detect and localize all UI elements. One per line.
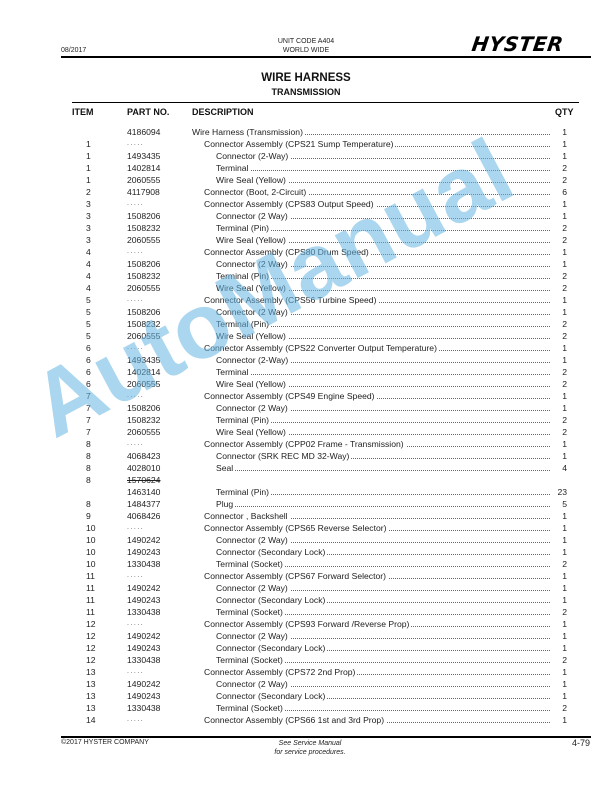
footer-copyright: ©2017 HYSTER COMPANY: [61, 739, 149, 746]
item-number: 11: [86, 594, 100, 606]
table-row: 81570624: [0, 474, 612, 486]
table-row: 3.....Connector Assembly (CPS83 Output S…: [0, 198, 612, 210]
part-number: .....: [127, 522, 197, 534]
description-text: Connector (2 Way): [216, 631, 290, 641]
description-text: Terminal (Socket): [216, 703, 285, 713]
table-row: 71508232Terminal (Pin)2: [0, 414, 612, 426]
item-number: 12: [86, 618, 100, 630]
description-text: Connector Assembly (CPS80 Drum Speed): [204, 247, 371, 257]
table-row: 42060555Wire Seal (Yellow)2: [0, 282, 612, 294]
description: Terminal (Socket): [216, 702, 550, 714]
item-number: 5: [86, 306, 100, 318]
item-number: 14: [86, 714, 100, 726]
description: Connector Assembly (CPS83 Output Speed): [204, 198, 550, 210]
item-number: 11: [86, 570, 100, 582]
part-number: 4068426: [127, 510, 197, 522]
quantity: 1: [545, 546, 567, 558]
quantity: 23: [545, 486, 567, 498]
quantity: 1: [545, 690, 567, 702]
table-row: 111490242Connector (2 Way)1: [0, 582, 612, 594]
quantity: 2: [545, 654, 567, 666]
quantity: 1: [545, 570, 567, 582]
description-text: Terminal (Socket): [216, 607, 285, 617]
quantity: 1: [545, 438, 567, 450]
column-header-description: DESCRIPTION: [192, 107, 254, 117]
part-number: 1508206: [127, 258, 197, 270]
item-number: 6: [86, 354, 100, 366]
table-row: 41508206Connector (2 Way)1: [0, 258, 612, 270]
description: Plug: [216, 498, 550, 510]
column-header-qty: QTY: [555, 107, 574, 117]
part-number: 1508206: [127, 402, 197, 414]
item-number: 13: [86, 702, 100, 714]
description-text: Connector Assembly (CPS49 Engine Speed): [204, 391, 377, 401]
part-number: .....: [127, 294, 197, 306]
page-number: 4-79: [540, 738, 590, 748]
description: Connector Assembly (CPS21 Sump Temperatu…: [204, 138, 550, 150]
table-row: 84068423Connector (SRK REC MD 32-Way)1: [0, 450, 612, 462]
part-number: 1330438: [127, 558, 197, 570]
part-number: 2060555: [127, 234, 197, 246]
description-text: Terminal (Pin): [216, 271, 271, 281]
quantity: 1: [545, 714, 567, 726]
quantity: 2: [545, 414, 567, 426]
part-number: 1330438: [127, 606, 197, 618]
table-row: 13.....Connector Assembly (CPS72 2nd Pro…: [0, 666, 612, 678]
part-number: .....: [127, 390, 197, 402]
item-number: 8: [86, 498, 100, 510]
description: Wire Seal (Yellow): [216, 174, 550, 186]
item-number: 10: [86, 558, 100, 570]
table-row: 11493435Connector (2-Way)1: [0, 150, 612, 162]
description: Connector (2 Way): [216, 210, 550, 222]
quantity: 2: [545, 318, 567, 330]
description-text: Plug: [216, 499, 235, 509]
description: Connector Assembly (CPS66 1st and 3rd Pr…: [204, 714, 550, 726]
description-text: Wire Seal (Yellow): [216, 175, 288, 185]
quantity: 1: [545, 642, 567, 654]
item-number: 10: [86, 522, 100, 534]
item-number: 5: [86, 318, 100, 330]
part-number: 1463140: [127, 486, 197, 498]
description: Connector (Secondary Lock): [216, 690, 550, 702]
description-text: Connector (Secondary Lock): [216, 595, 327, 605]
description-text: Connector (Secondary Lock): [216, 643, 327, 653]
description: Connector Assembly (CPS80 Drum Speed): [204, 246, 550, 258]
table-row: 12060555Wire Seal (Yellow)2: [0, 174, 612, 186]
part-number: 1402814: [127, 366, 197, 378]
description: Connector (Boot, 2-Circuit): [204, 186, 550, 198]
description: Wire Seal (Yellow): [216, 426, 550, 438]
table-row: 52060555Wire Seal (Yellow)2: [0, 330, 612, 342]
description-text: Connector Assembly (CPS93 Forward /Rever…: [204, 619, 411, 629]
part-number: 1570624: [127, 474, 197, 486]
description: Connector (2 Way): [216, 306, 550, 318]
description-text: Connector (2 Way): [216, 211, 290, 221]
table-row: 101490242Connector (2 Way)1: [0, 534, 612, 546]
quantity: 2: [545, 558, 567, 570]
description: Connector , Backshell: [204, 510, 550, 522]
item-number: 8: [86, 450, 100, 462]
part-number: 1508232: [127, 318, 197, 330]
part-number: .....: [127, 138, 197, 150]
quantity: 1: [545, 678, 567, 690]
description-text: Connector (2-Way): [216, 151, 290, 161]
item-number: 4: [86, 282, 100, 294]
quantity: 1: [545, 510, 567, 522]
table-row: 31508206Connector (2 Way)1: [0, 210, 612, 222]
quantity: 1: [545, 582, 567, 594]
description-text: Connector (Secondary Lock): [216, 691, 327, 701]
part-number: .....: [127, 570, 197, 582]
hyster-logo: HYSTER: [470, 32, 565, 56]
description: Wire Seal (Yellow): [216, 378, 550, 390]
item-number: 7: [86, 426, 100, 438]
item-number: 13: [86, 690, 100, 702]
dot-leader: [216, 374, 550, 375]
part-number: .....: [127, 714, 197, 726]
table-row: 131490243Connector (Secondary Lock)1: [0, 690, 612, 702]
table-row: 61493435Connector (2-Way)1: [0, 354, 612, 366]
item-number: 3: [86, 210, 100, 222]
part-number: 1490243: [127, 546, 197, 558]
description-text: Connector Assembly (CPS72 2nd Prop): [204, 667, 357, 677]
part-number: 1330438: [127, 702, 197, 714]
description: Connector (2 Way): [216, 630, 550, 642]
description: Terminal: [216, 162, 550, 174]
description: Terminal (Pin): [216, 222, 550, 234]
table-row: 4186094Wire Harness (Transmission)1: [0, 126, 612, 138]
table-row: 11402814Terminal2: [0, 162, 612, 174]
quantity: 1: [545, 138, 567, 150]
quantity: 1: [545, 450, 567, 462]
table-row: 121490243Connector (Secondary Lock)1: [0, 642, 612, 654]
dot-leader: [216, 170, 550, 171]
part-number: 1508232: [127, 414, 197, 426]
description-text: Connector Assembly (CPS56 Turbine Speed): [204, 295, 378, 305]
part-number: 1490242: [127, 534, 197, 546]
description: Terminal (Pin): [216, 486, 550, 498]
quantity: 1: [545, 618, 567, 630]
description: Connector Assembly (CPS49 Engine Speed): [204, 390, 550, 402]
part-number: 2060555: [127, 378, 197, 390]
quantity: 2: [545, 606, 567, 618]
description-text: Connector (2 Way): [216, 535, 290, 545]
item-number: 10: [86, 546, 100, 558]
description-text: Connector (2-Way): [216, 355, 290, 365]
quantity: 4: [545, 462, 567, 474]
table-row: 71508206Connector (2 Way)1: [0, 402, 612, 414]
parts-catalog-page: 08/2017 UNIT CODE A404 WORLD WIDE HYSTER…: [0, 0, 612, 792]
item-number: 7: [86, 390, 100, 402]
part-number: .....: [127, 342, 197, 354]
table-row: 10.....Connector Assembly (CPS65 Reverse…: [0, 522, 612, 534]
quantity: 2: [545, 702, 567, 714]
part-number: 1490242: [127, 582, 197, 594]
dot-leader: [216, 470, 550, 471]
description: Terminal (Socket): [216, 558, 550, 570]
part-number: .....: [127, 618, 197, 630]
item-number: 3: [86, 198, 100, 210]
part-number: 1508206: [127, 306, 197, 318]
description-text: Connector Assembly (CPS67 Forward Select…: [204, 571, 388, 581]
description-text: [216, 475, 218, 485]
item-number: 12: [86, 630, 100, 642]
footer-note-line1: See Service Manual: [240, 739, 380, 748]
item-number: 8: [86, 474, 100, 486]
table-row: 51508232Terminal (Pin)2: [0, 318, 612, 330]
description: Terminal: [216, 366, 550, 378]
item-number: 4: [86, 270, 100, 282]
quantity: 2: [545, 174, 567, 186]
item-number: 2: [86, 186, 100, 198]
quantity: 1: [545, 354, 567, 366]
quantity: 1: [545, 630, 567, 642]
table-row: 32060555Wire Seal (Yellow)2: [0, 234, 612, 246]
part-number: 1330438: [127, 654, 197, 666]
part-number: 1508232: [127, 222, 197, 234]
table-row: 14.....Connector Assembly (CPS66 1st and…: [0, 714, 612, 726]
description-text: Terminal (Socket): [216, 655, 285, 665]
item-number: 11: [86, 582, 100, 594]
item-number: 13: [86, 678, 100, 690]
description: Connector (2 Way): [216, 534, 550, 546]
table-row: 94068426Connector , Backshell1: [0, 510, 612, 522]
table-row: 51508206Connector (2 Way)1: [0, 306, 612, 318]
quantity: 2: [545, 426, 567, 438]
description: Connector (2 Way): [216, 402, 550, 414]
item-number: 6: [86, 342, 100, 354]
description: Connector (Secondary Lock): [216, 546, 550, 558]
part-number: 1490242: [127, 630, 197, 642]
item-number: 10: [86, 534, 100, 546]
quantity: 1: [545, 258, 567, 270]
description: [216, 474, 550, 486]
table-row: 7.....Connector Assembly (CPS49 Engine S…: [0, 390, 612, 402]
column-header-item: ITEM: [72, 107, 94, 117]
table-row: 81484377Plug5: [0, 498, 612, 510]
quantity: 5: [545, 498, 567, 510]
table-row: 1.....Connector Assembly (CPS21 Sump Tem…: [0, 138, 612, 150]
part-number: 4068423: [127, 450, 197, 462]
description-text: Connector , Backshell: [204, 511, 290, 521]
table-row: 8.....Connector Assembly (CPP02 Frame - …: [0, 438, 612, 450]
item-number: 8: [86, 438, 100, 450]
description: Connector Assembly (CPS67 Forward Select…: [204, 570, 550, 582]
quantity: 2: [545, 270, 567, 282]
description-text: Wire Seal (Yellow): [216, 235, 288, 245]
description: Connector (2-Way): [216, 354, 550, 366]
description-text: Terminal: [216, 163, 250, 173]
description: Connector (Secondary Lock): [216, 594, 550, 606]
quantity: 6: [545, 186, 567, 198]
table-row: 72060555Wire Seal (Yellow)2: [0, 426, 612, 438]
description: Terminal (Pin): [216, 270, 550, 282]
description-text: Connector (2 Way): [216, 403, 290, 413]
table-row: 41508232Terminal (Pin)2: [0, 270, 612, 282]
table-row: 121330438Terminal (Socket)2: [0, 654, 612, 666]
description-text: Connector Assembly (CPS65 Reverse Select…: [204, 523, 388, 533]
part-number: .....: [127, 438, 197, 450]
description-text: Wire Seal (Yellow): [216, 427, 288, 437]
description-text: Wire Seal (Yellow): [216, 379, 288, 389]
part-number: 1484377: [127, 498, 197, 510]
unit-code: UNIT CODE A404: [240, 37, 372, 46]
description-text: Connector (2 Way): [216, 307, 290, 317]
quantity: 1: [545, 534, 567, 546]
part-number: .....: [127, 198, 197, 210]
description-text: Connector Assembly (CPS22 Converter Outp…: [204, 343, 439, 353]
table-row: 101330438Terminal (Socket)2: [0, 558, 612, 570]
footer-note-line2: for service procedures.: [240, 748, 380, 757]
part-number: 2060555: [127, 330, 197, 342]
item-number: 1: [86, 138, 100, 150]
description-text: Connector Assembly (CPS66 1st and 3rd Pr…: [204, 715, 386, 725]
description-text: Connector (2 Way): [216, 583, 290, 593]
description-text: Connector (2 Way): [216, 259, 290, 269]
description: Connector (2 Way): [216, 582, 550, 594]
part-number: 2060555: [127, 282, 197, 294]
part-number: 1493435: [127, 354, 197, 366]
part-number: 1490243: [127, 594, 197, 606]
header-date: 08/2017: [61, 47, 86, 54]
part-number: 1490243: [127, 690, 197, 702]
description-text: Connector Assembly (CPS83 Output Speed): [204, 199, 376, 209]
description: Wire Seal (Yellow): [216, 234, 550, 246]
table-row: 12.....Connector Assembly (CPS93 Forward…: [0, 618, 612, 630]
part-number: 4186094: [127, 126, 197, 138]
item-number: 1: [86, 150, 100, 162]
table-row: 62060555Wire Seal (Yellow)2: [0, 378, 612, 390]
description-text: Terminal (Pin): [216, 415, 271, 425]
item-number: 3: [86, 222, 100, 234]
description: Connector (SRK REC MD 32-Way): [216, 450, 550, 462]
item-number: 5: [86, 294, 100, 306]
header-rule: [61, 56, 591, 58]
part-number: 2060555: [127, 426, 197, 438]
dot-leader: [216, 506, 550, 507]
description-text: Seal: [216, 463, 235, 473]
quantity: 1: [545, 126, 567, 138]
table-row: 31508232Terminal (Pin)2: [0, 222, 612, 234]
item-number: 4: [86, 246, 100, 258]
description: Wire Seal (Yellow): [216, 282, 550, 294]
footer-note: See Service Manual for service procedure…: [240, 739, 380, 757]
item-number: 9: [86, 510, 100, 522]
table-row: 84028010Seal4: [0, 462, 612, 474]
description: Connector Assembly (CPS93 Forward /Rever…: [204, 618, 550, 630]
quantity: 1: [545, 246, 567, 258]
table-row: 131490242Connector (2 Way)1: [0, 678, 612, 690]
description: Wire Seal (Yellow): [216, 330, 550, 342]
description-text: Terminal (Pin): [216, 319, 271, 329]
description-text: Terminal (Pin): [216, 487, 271, 497]
quantity: 2: [545, 222, 567, 234]
description-text: Wire Seal (Yellow): [216, 283, 288, 293]
description-text: Connector (Secondary Lock): [216, 547, 327, 557]
quantity: 2: [545, 234, 567, 246]
table-row: 11.....Connector Assembly (CPS67 Forward…: [0, 570, 612, 582]
part-number: 1402814: [127, 162, 197, 174]
description-text: Terminal (Socket): [216, 559, 285, 569]
description-text: Connector Assembly (CPS21 Sump Temperatu…: [204, 139, 395, 149]
quantity: 1: [545, 150, 567, 162]
table-row: 121490242Connector (2 Way)1: [0, 630, 612, 642]
item-number: 12: [86, 642, 100, 654]
quantity: 2: [545, 282, 567, 294]
table-row: 111330438Terminal (Socket)2: [0, 606, 612, 618]
parts-table: 4186094Wire Harness (Transmission)11....…: [0, 126, 612, 726]
header-unit-info: UNIT CODE A404 WORLD WIDE: [240, 37, 372, 55]
part-number: 1508232: [127, 270, 197, 282]
table-row: 61402814Terminal2: [0, 366, 612, 378]
item-number: 1: [86, 162, 100, 174]
table-row: 5.....Connector Assembly (CPS56 Turbine …: [0, 294, 612, 306]
item-number: 7: [86, 414, 100, 426]
quantity: 1: [545, 342, 567, 354]
part-number: 1508206: [127, 210, 197, 222]
table-row: 111490243Connector (Secondary Lock)1: [0, 594, 612, 606]
item-number: 6: [86, 378, 100, 390]
item-number: 13: [86, 666, 100, 678]
item-number: 3: [86, 234, 100, 246]
item-number: 5: [86, 330, 100, 342]
region: WORLD WIDE: [240, 46, 372, 55]
quantity: 1: [545, 294, 567, 306]
description-text: Connector (SRK REC MD 32-Way): [216, 451, 351, 461]
table-row: 1463140Terminal (Pin)23: [0, 486, 612, 498]
description: Seal: [216, 462, 550, 474]
part-number: .....: [127, 666, 197, 678]
description-text: Wire Seal (Yellow): [216, 331, 288, 341]
column-header-part-no: PART NO.: [127, 107, 169, 117]
part-number: 1490242: [127, 678, 197, 690]
description-text: Terminal: [216, 367, 250, 377]
item-number: 8: [86, 462, 100, 474]
description: Connector (2-Way): [216, 150, 550, 162]
description-text: Connector (Boot, 2-Circuit): [204, 187, 308, 197]
description: Connector Assembly (CPS22 Converter Outp…: [204, 342, 550, 354]
description: Wire Harness (Transmission): [192, 126, 550, 138]
part-number: 1493435: [127, 150, 197, 162]
part-number: 4028010: [127, 462, 197, 474]
quantity: 2: [545, 378, 567, 390]
table-row: 131330438Terminal (Socket)2: [0, 702, 612, 714]
quantity: 1: [545, 522, 567, 534]
part-number: 2060555: [127, 174, 197, 186]
quantity: 1: [545, 666, 567, 678]
quantity: 2: [545, 330, 567, 342]
part-number: 1490243: [127, 642, 197, 654]
table-top-rule: [72, 102, 579, 103]
table-row: 4.....Connector Assembly (CPS80 Drum Spe…: [0, 246, 612, 258]
quantity: 1: [545, 198, 567, 210]
description: Connector (Secondary Lock): [216, 642, 550, 654]
quantity: 1: [545, 402, 567, 414]
page-subtitle: TRANSMISSION: [0, 87, 612, 97]
description: Connector (2 Way): [216, 678, 550, 690]
description: Connector Assembly (CPS65 Reverse Select…: [204, 522, 550, 534]
quantity: 1: [545, 210, 567, 222]
item-number: 1: [86, 174, 100, 186]
item-number: 7: [86, 402, 100, 414]
quantity: 1: [545, 306, 567, 318]
description: Terminal (Pin): [216, 318, 550, 330]
description: Connector Assembly (CPS72 2nd Prop): [204, 666, 550, 678]
quantity: 2: [545, 366, 567, 378]
description: Terminal (Socket): [216, 654, 550, 666]
description: Connector Assembly (CPP02 Frame - Transm…: [204, 438, 550, 450]
